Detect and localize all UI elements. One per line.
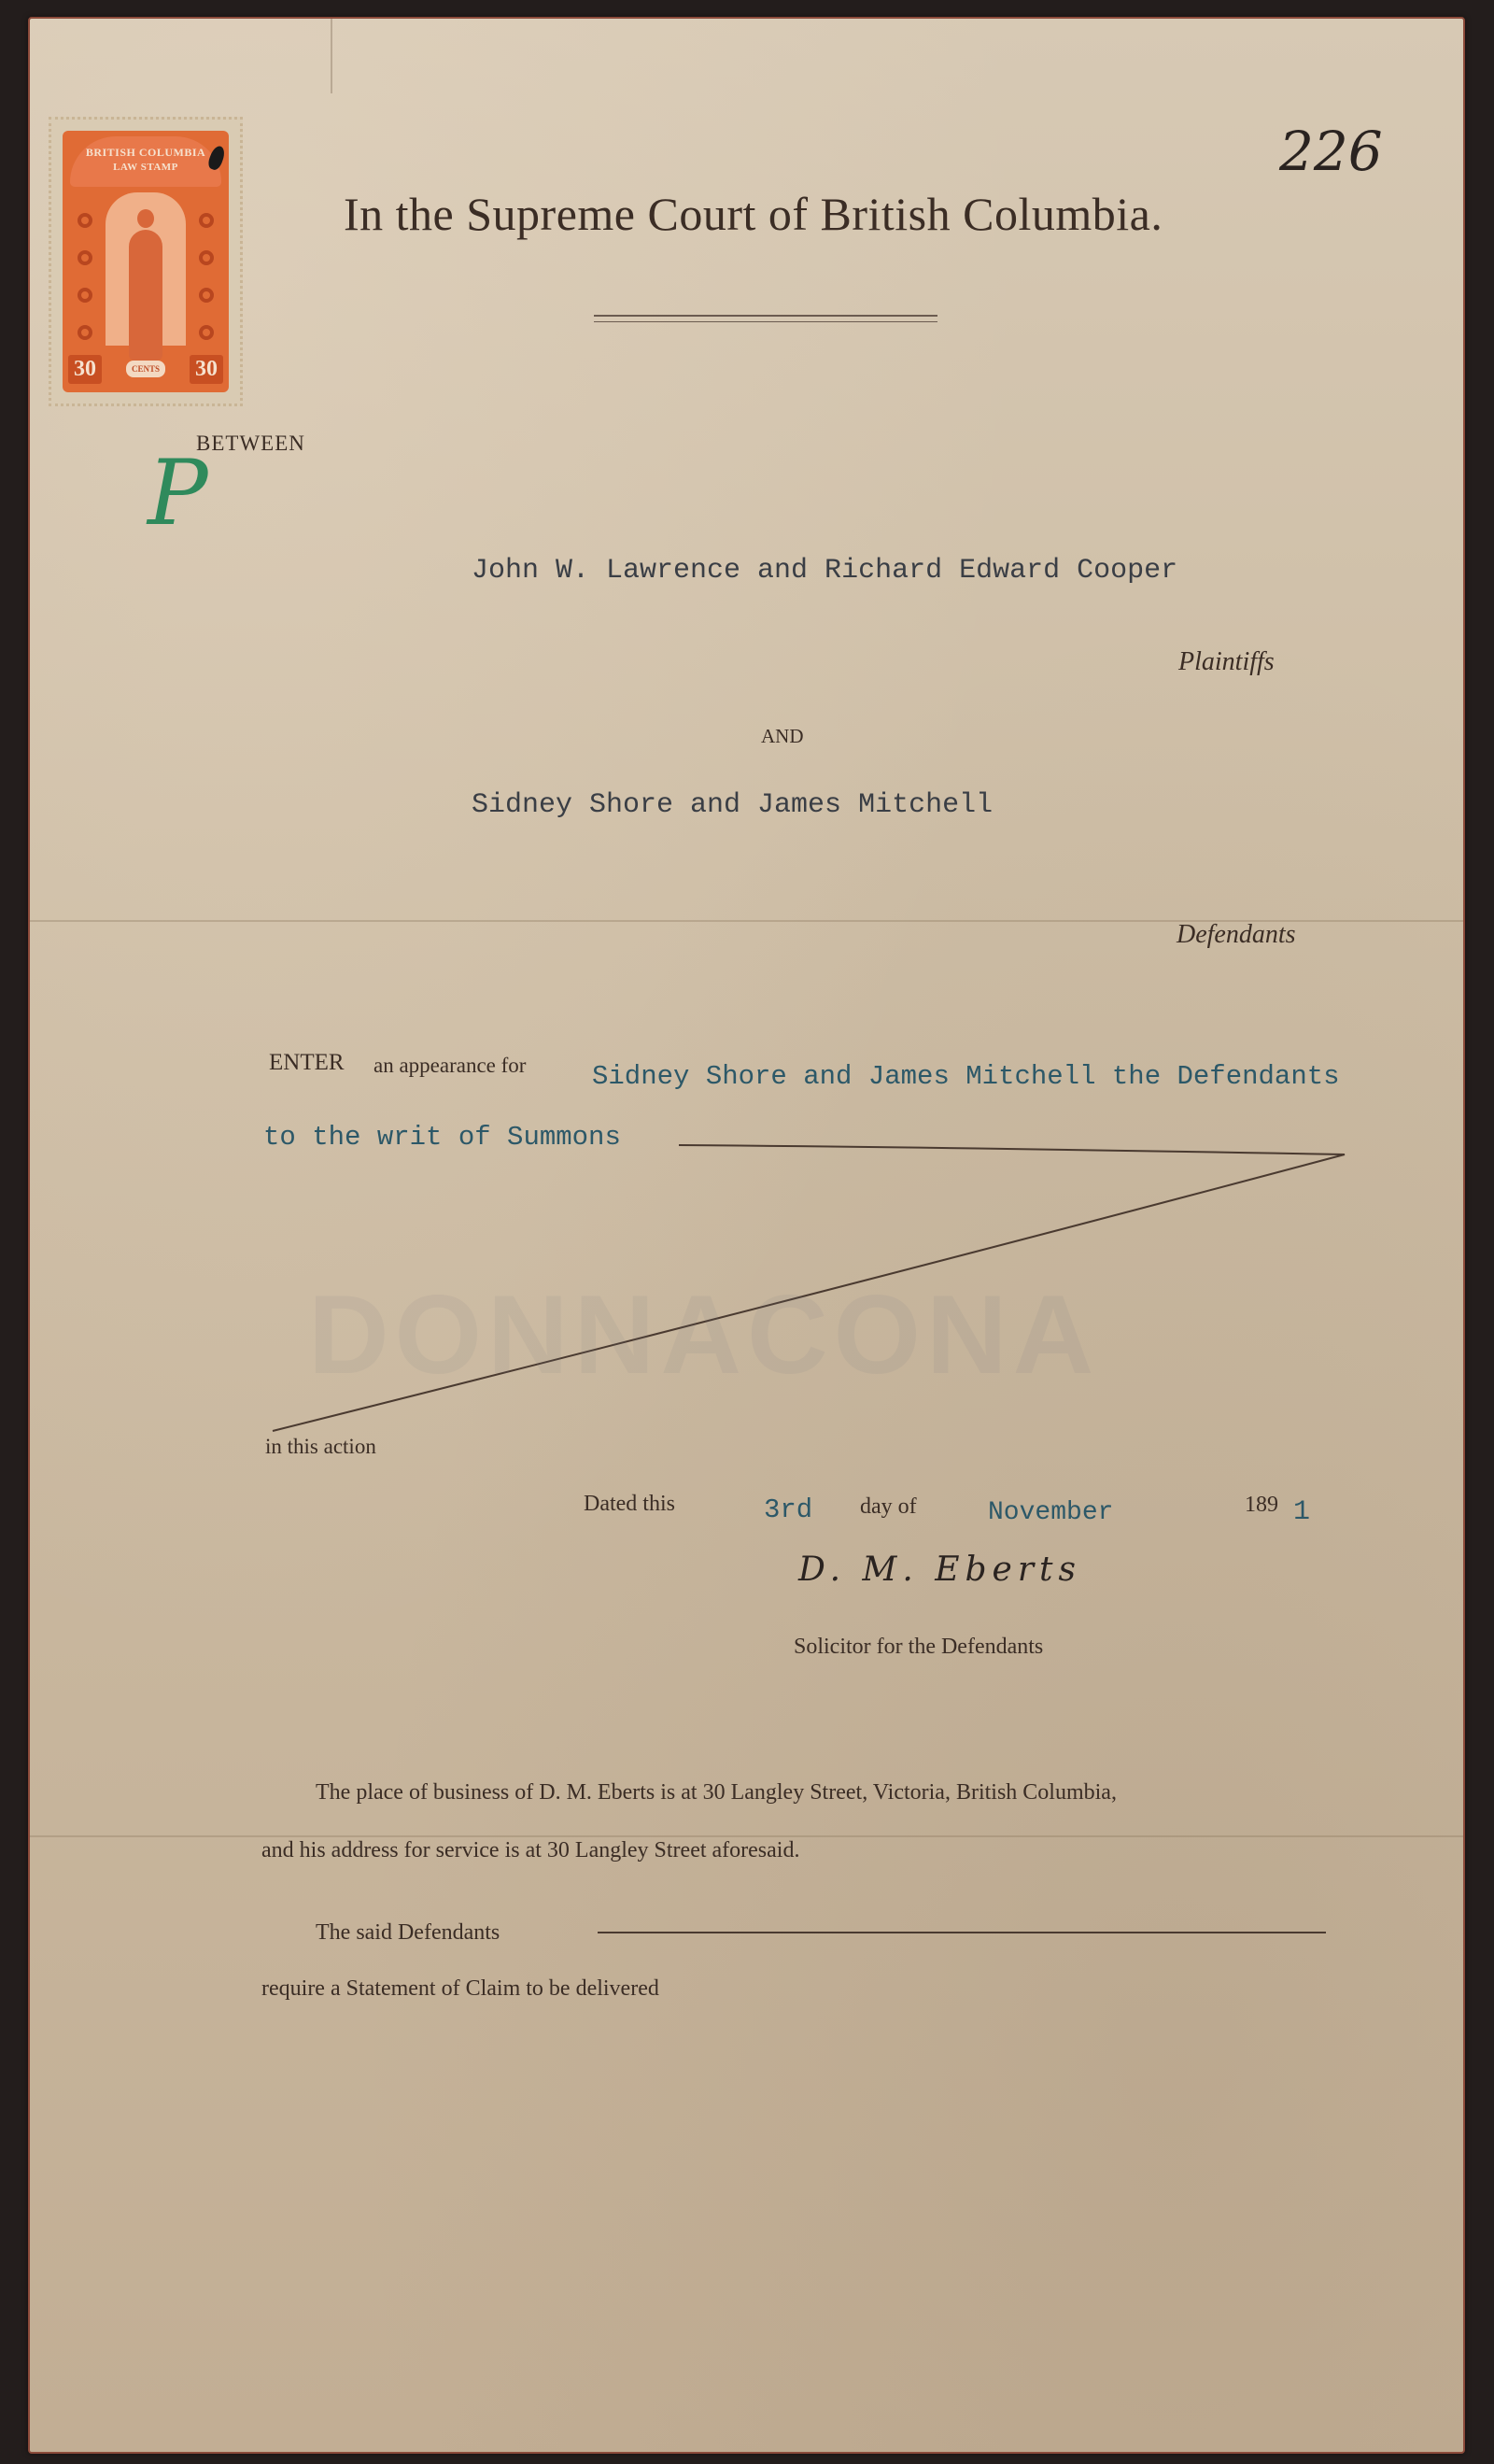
blank-line (598, 1932, 1326, 1933)
said-defendant-label: The said Defendants (316, 1920, 500, 1946)
year-prefix: 189 (1245, 1493, 1278, 1518)
in-this-action: in this action (265, 1435, 376, 1459)
signature: D. M. Eberts (798, 1551, 1081, 1589)
watermark: DONNACONA (308, 1270, 1099, 1399)
year-suffix: 1 (1293, 1496, 1310, 1528)
business-line2: and his address for service is at 30 Lan… (261, 1838, 799, 1863)
dated-label: Dated this (584, 1492, 675, 1517)
day-of-label: day of (860, 1494, 917, 1520)
dated-day: 3rd (764, 1494, 812, 1525)
require-line: require a Statement of Claim to be deliv… (261, 1976, 659, 2002)
solicitor-label: Solicitor for the Defendants (794, 1635, 1043, 1660)
business-line1: The place of business of D. M. Eberts is… (316, 1780, 1117, 1806)
dated-month: November (988, 1498, 1113, 1527)
fill-lines (0, 0, 1494, 2464)
